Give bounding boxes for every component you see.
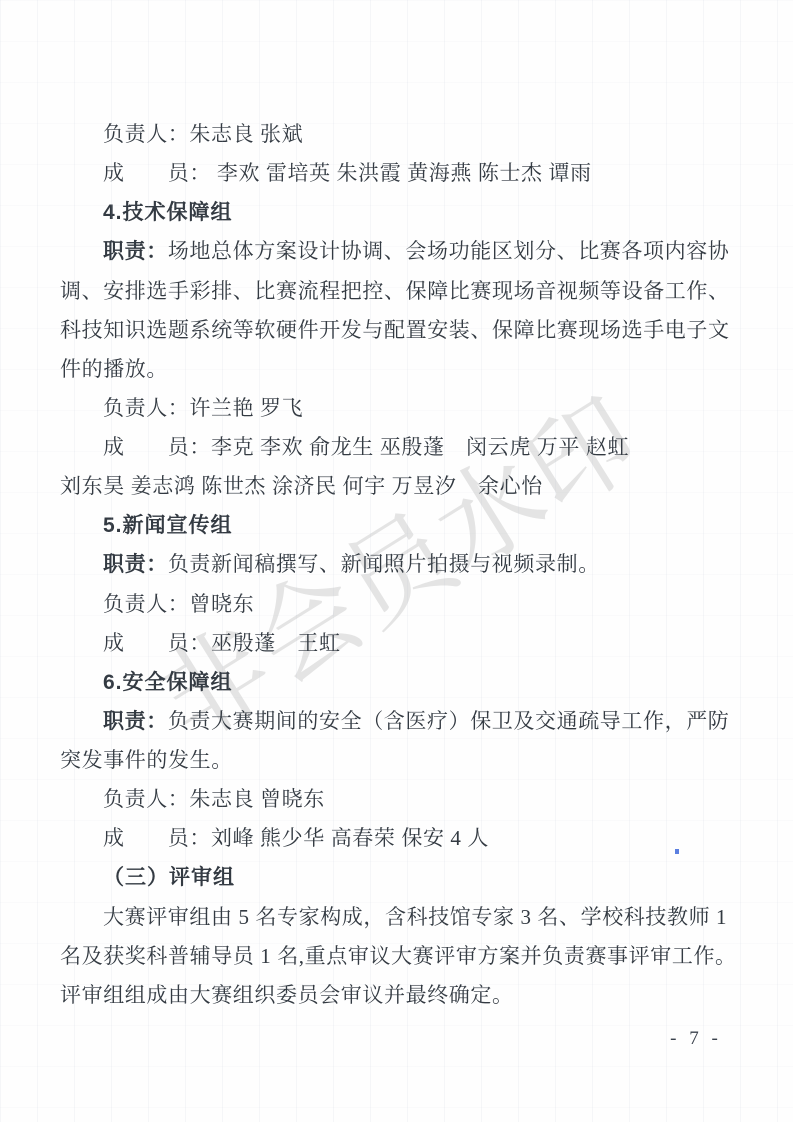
- duty-label: 职责：: [103, 240, 168, 263]
- scan-artifact-speck: [675, 849, 679, 854]
- duty-label: 职责：: [103, 553, 168, 576]
- leaders-line: 负责人：朱志良 张斌: [60, 115, 738, 154]
- members-line: 成 员： 李欢 雷培英 朱洪霞 黄海燕 陈士杰 谭雨: [60, 154, 738, 193]
- duties-continuation: 件的播放。: [60, 350, 738, 389]
- leaders-line: 负责人：朱志良 曾晓东: [60, 780, 738, 819]
- page-number: - 7 -: [636, 1028, 756, 1050]
- review-paragraph-line: 名及获奖科普辅导员 1 名,重点审议大赛评审方案并负责赛事评审工作。: [60, 937, 738, 976]
- duties-continuation: 科技知识选题系统等软硬件开发与配置安装、保障比赛现场选手电子文: [60, 311, 738, 350]
- duties-line: 职责：负责大赛期间的安全（含医疗）保卫及交通疏导工作，严防: [60, 702, 738, 741]
- duties-continuation: 突发事件的发生。: [60, 741, 738, 780]
- leaders-line: 负责人：许兰艳 罗飞: [60, 389, 738, 428]
- duties-continuation: 调、安排选手彩排、比赛流程把控、保障比赛现场音视频等设备工作、: [60, 272, 738, 311]
- group-5-heading: 5.新闻宣传组: [60, 506, 738, 545]
- members-continuation: 刘东昊 姜志鸿 陈世杰 涂济民 何宇 万昱汐 余心怡: [60, 467, 738, 506]
- document-body: 负责人：朱志良 张斌 成 员： 李欢 雷培英 朱洪霞 黄海燕 陈士杰 谭雨 4.…: [60, 115, 738, 1015]
- document-page: 非会员水印 负责人：朱志良 张斌 成 员： 李欢 雷培英 朱洪霞 黄海燕 陈士杰…: [0, 0, 793, 1122]
- review-paragraph-line: 评审组组成由大赛组织委员会审议并最终确定。: [60, 976, 738, 1015]
- members-line: 成 员：李克 李欢 俞龙生 巫殷蓬 闵云虎 万平 赵虹: [60, 428, 738, 467]
- section-3-heading: （三）评审组: [60, 858, 738, 897]
- group-4-heading: 4.技术保障组: [60, 193, 738, 232]
- leaders-line: 负责人：曾晓东: [60, 585, 738, 624]
- duty-label: 职责：: [103, 710, 168, 733]
- members-line: 成 员：巫殷蓬 王虹: [60, 624, 738, 663]
- members-line: 成 员：刘峰 熊少华 高春荣 保安 4 人: [60, 819, 738, 858]
- group-6-heading: 6.安全保障组: [60, 663, 738, 702]
- review-paragraph-line: 大赛评审组由 5 名专家构成，含科技馆专家 3 名、学校科技教师 1: [60, 898, 738, 937]
- duties-line: 职责：场地总体方案设计协调、会场功能区划分、比赛各项内容协: [60, 232, 738, 271]
- duties-line: 职责：负责新闻稿撰写、新闻照片拍摄与视频录制。: [60, 545, 738, 584]
